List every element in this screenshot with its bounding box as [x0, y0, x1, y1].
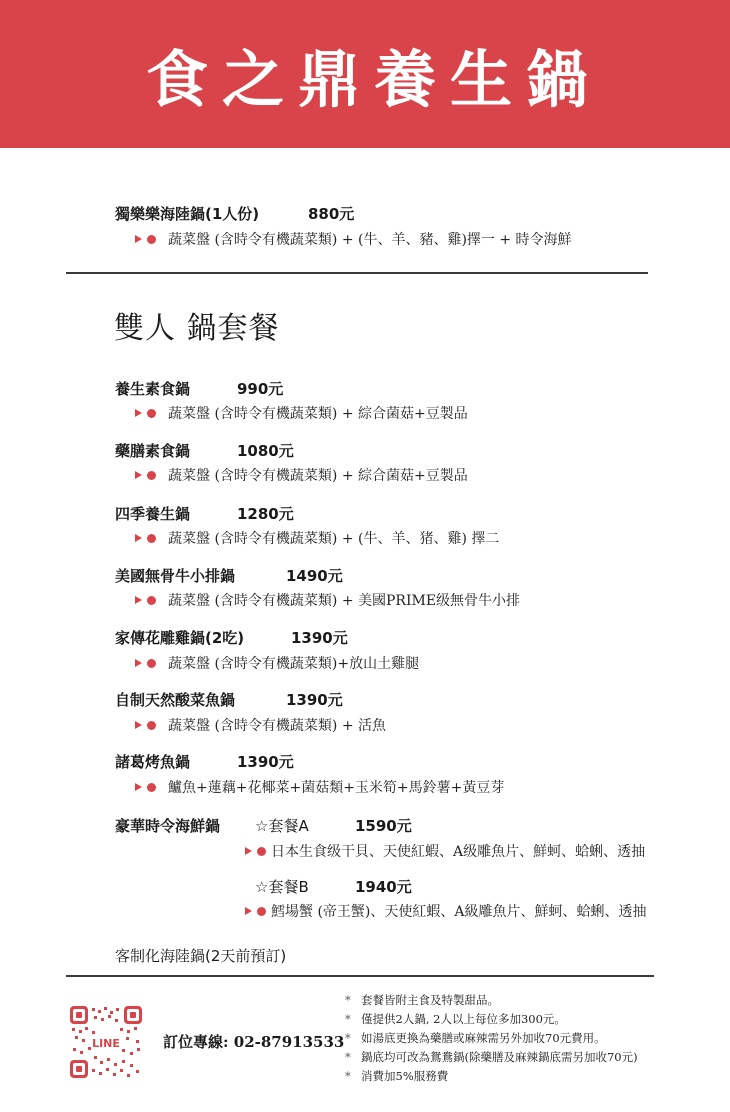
set-b-label: ☆套餐B [255, 876, 309, 897]
item-desc: 蔬菜盤 (含時令有機蔬菜類) + 綜合菌菇+豆製品 [135, 465, 468, 485]
note-marker: * [345, 1067, 361, 1086]
note-item: *僅提供2人鍋, 2人以上每位多加300元。 [345, 1010, 638, 1029]
bullet-icon [245, 847, 266, 856]
reservation-phone: 訂位專線: 02-87913533 [163, 1031, 344, 1052]
desc-text: 蔬菜盤 (含時令有機蔬菜類) + (牛、羊、豬、雞)擇一 + 時令海鮮 [168, 229, 572, 249]
note-marker: * [345, 991, 361, 1010]
solo-item-name: 獨樂樂海陸鍋(1人份) [115, 203, 259, 224]
bullet-icon [135, 409, 156, 418]
item-desc: 蔬菜盤 (含時令有機蔬菜類) + 活魚 [135, 715, 386, 735]
set-b-desc: 鱈場蟹 (帝王蟹)、天使紅蝦、A級雕魚片、鮮蚵、蛤蜊、透抽 [245, 901, 646, 921]
desc-text: 鱸魚+蓮藕+花椰菜+菌菇類+玉米筍+馬鈴薯+黃豆芽 [168, 777, 504, 797]
bullet-icon [135, 659, 156, 668]
bullet-icon [135, 235, 156, 244]
item-desc: 蔬菜盤 (含時令有機蔬菜類) + 美國PRIME级無骨牛小排 [135, 590, 520, 610]
item-desc: 蔬菜盤 (含時令有機蔬菜類)+放山土雞腿 [135, 653, 419, 673]
item-desc: 蔬菜盤 (含時令有機蔬菜類) + 綜合菌菇+豆製品 [135, 403, 468, 423]
note-item: *鍋底均可改為鴛鴦鍋(除藥膳及麻辣鍋底需另加收70元) [345, 1048, 638, 1067]
note-text: 套餐皆附主食及特製甜品。 [361, 993, 499, 1007]
desc-text: 蔬菜盤 (含時令有機蔬菜類) + 美國PRIME级無骨牛小排 [168, 590, 520, 610]
desc-text: 蔬菜盤 (含時令有機蔬菜類) + 綜合菌菇+豆製品 [168, 465, 468, 485]
desc-text: 日本生食级干貝、天使紅蝦、A级雕魚片、鮮蚵、蛤蜊、透抽 [271, 841, 645, 861]
item-name: 美國無骨牛小排鍋 [115, 565, 235, 586]
note-item: *消費加5%服務費 [345, 1067, 638, 1086]
note-text: 鍋底均可改為鴛鴦鍋(除藥膳及麻辣鍋底需另加收70元) [361, 1050, 638, 1064]
bullet-icon [135, 721, 156, 730]
divider [66, 272, 648, 274]
desc-text: 蔬菜盤 (含時令有機蔬菜類) + (牛、羊、猪、雞) 擇二 [168, 528, 499, 548]
section-title: 雙人 鍋套餐 [114, 303, 280, 347]
item-desc: 蔬菜盤 (含時令有機蔬菜類) + (牛、羊、猪、雞) 擇二 [135, 528, 499, 548]
item-name: 四季養生鍋 [115, 503, 190, 524]
item-name: 自制天然酸菜魚鍋 [115, 689, 235, 710]
solo-item-price: 880元 [308, 203, 354, 224]
notes-list: *套餐皆附主食及特製甜品。 *僅提供2人鍋, 2人以上每位多加300元。 *如湯… [345, 991, 638, 1086]
item-price: 1390元 [286, 689, 343, 710]
desc-text: 蔬菜盤 (含時令有機蔬菜類) + 活魚 [168, 715, 386, 735]
note-item: *如湯底更換為藥膳或麻辣需另外加收70元費用。 [345, 1029, 638, 1048]
item-desc: 鱸魚+蓮藕+花椰菜+菌菇類+玉米筍+馬鈴薯+黃豆芽 [135, 777, 504, 797]
note-marker: * [345, 1010, 361, 1029]
note-text: 僅提供2人鍋, 2人以上每位多加300元。 [361, 1012, 566, 1026]
desc-text: 鱈場蟹 (帝王蟹)、天使紅蝦、A級雕魚片、鮮蚵、蛤蜊、透抽 [271, 901, 646, 921]
item-price: 1280元 [237, 503, 294, 524]
item-price: 1490元 [286, 565, 343, 586]
header-banner: 食之鼎養生鍋 [0, 0, 730, 148]
restaurant-title: 食之鼎養生鍋 [128, 30, 602, 119]
item-name: 養生素食鍋 [115, 378, 190, 399]
seafood-item-name: 豪華時令海鮮鍋 [115, 815, 220, 836]
bullet-icon [135, 471, 156, 480]
custom-item-name: 客制化海陸鍋(2天前預訂) [115, 945, 286, 966]
set-a-price: 1590元 [355, 815, 412, 836]
solo-item-desc: 蔬菜盤 (含時令有機蔬菜類) + (牛、羊、豬、雞)擇一 + 時令海鮮 [135, 229, 572, 249]
item-name: 諸葛烤魚鍋 [115, 751, 190, 772]
note-marker: * [345, 1048, 361, 1067]
item-price: 990元 [237, 378, 283, 399]
item-price: 1390元 [237, 751, 294, 772]
set-a-desc: 日本生食级干貝、天使紅蝦、A级雕魚片、鮮蚵、蛤蜊、透抽 [245, 841, 645, 861]
note-item: *套餐皆附主食及特製甜品。 [345, 991, 638, 1010]
note-marker: * [345, 1029, 361, 1048]
bullet-icon [245, 907, 266, 916]
item-price: 1080元 [237, 440, 294, 461]
set-a-label: ☆套餐A [255, 815, 309, 836]
qr-label: LINE [92, 1037, 120, 1050]
bullet-icon [135, 783, 156, 792]
set-b-price: 1940元 [355, 876, 412, 897]
divider [66, 975, 654, 977]
desc-text: 蔬菜盤 (含時令有機蔬菜類)+放山土雞腿 [168, 653, 419, 673]
note-text: 消費加5%服務費 [361, 1069, 448, 1083]
desc-text: 蔬菜盤 (含時令有機蔬菜類) + 綜合菌菇+豆製品 [168, 403, 468, 423]
bullet-icon [135, 534, 156, 543]
item-price: 1390元 [291, 627, 348, 648]
item-name: 家傳花雕雞鍋(2吃) [115, 627, 244, 648]
note-text: 如湯底更換為藥膳或麻辣需另外加收70元費用。 [361, 1031, 606, 1045]
line-qr-code-icon[interactable]: LINE [70, 1006, 142, 1078]
item-name: 藥膳素食鍋 [115, 440, 190, 461]
bullet-icon [135, 596, 156, 605]
